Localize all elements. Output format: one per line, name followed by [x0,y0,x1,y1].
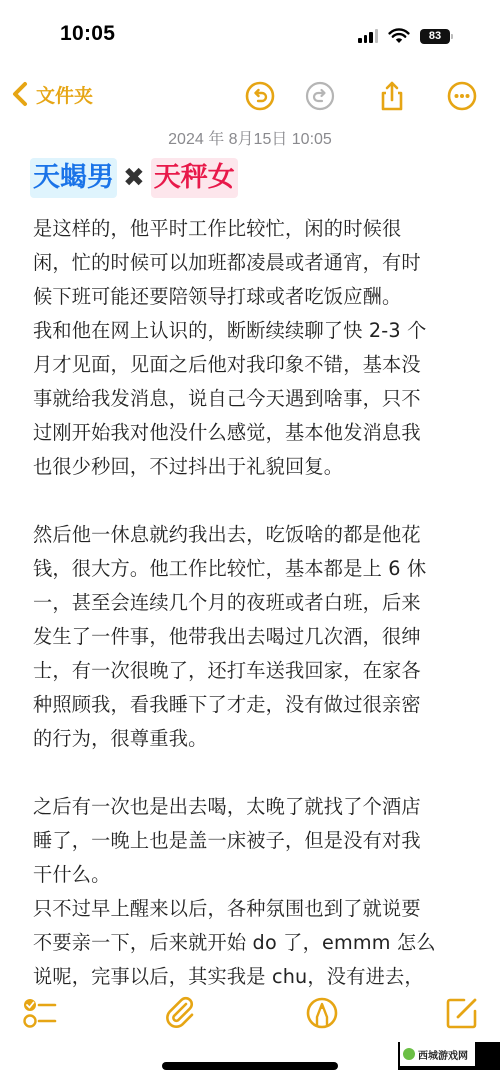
body-line: 事就给我发消息，说自己今天遇到啥事，只不 [33,382,473,416]
more-icon[interactable] [446,80,478,112]
body-line: 之后有一次也是出去喝，太晚了就找了个酒店 [33,790,473,824]
body-line: 闲，忙的时候可以加班都凌晨或者通宵，有时 [33,246,473,280]
body-line: 只不过早上醒来以后，各种氛围也到了就说要 [33,892,473,926]
blank-line [33,756,473,790]
note-title[interactable]: 天蝎男 ✖ 天秤女 [30,158,238,198]
blank-line [33,484,473,518]
body-line: 种照顾我，看我睡下了才走，没有做过很亲密 [33,688,473,722]
status-time: 10:05 [60,22,115,46]
status-bar: 10:05 83 [0,0,500,60]
wifi-icon [388,28,410,44]
body-line: 说呢，完事以后，其实我是 chu，没有进去， [33,960,473,990]
watermark: 西城游戏网 [398,1042,500,1070]
body-line: 发生了一件事，他带我出去喝过几次酒，很绅 [33,620,473,654]
body-line: 睡了，一晚上也是盖一床被子，但是没有对我 [33,824,473,858]
body-line: 过刚开始我对他没什么感觉，基本他发消息我 [33,416,473,450]
body-line: 不要亲一下，后来就开始 do 了，emmm 怎么 [33,926,473,960]
times-icon: ✖ [123,163,145,193]
note-body-viewport[interactable]: 是这样的，他平时工作比较忙，闲的时候很 闲，忙的时候可以加班都凌晨或者通宵，有时… [0,212,500,990]
battery-level: 83 [429,30,441,42]
body-line: 的行为，很尊重我。 [33,722,473,756]
title-right-chip: 天秤女 [151,158,238,198]
watermark-text: 西城游戏网 [418,1047,468,1062]
status-icons: 83 [358,26,450,46]
checklist-icon[interactable] [22,995,58,1031]
home-indicator[interactable] [162,1062,338,1070]
body-line: 士，有一次很晚了，还打车送我回家，在家各 [33,654,473,688]
signal-icon [358,29,378,43]
body-line: 我和他在网上认识的，断断续续聊了快 2-3 个 [33,314,473,348]
body-line: 也很少秒回，不过抖出于礼貌回复。 [33,450,473,484]
body-line: 然后他一休息就约我出去，吃饭啥的都是他花 [33,518,473,552]
share-icon[interactable] [376,80,408,112]
watermark-badge: 西城游戏网 [400,1042,475,1066]
nav-bar: 文件夹 [0,72,500,120]
undo-icon[interactable] [244,80,276,112]
attachment-icon[interactable] [162,995,198,1031]
note-date: 2024 年 8月15日 10:05 [0,126,500,149]
body-line: 干什么。 [33,858,473,892]
chevron-left-icon [10,80,30,108]
watermark-logo-icon [403,1048,415,1060]
battery-icon: 83 [420,29,450,44]
redo-icon[interactable] [304,80,336,112]
bottom-toolbar [0,990,500,1040]
body-line: 月才见面，见面之后他对我印象不错，基本没 [33,348,473,382]
body-line: 候下班可能还要陪领导打球或者吃饭应酬。 [33,280,473,314]
body-line: 钱，很大方。他工作比较忙，基本都是上 6 休 [33,552,473,586]
title-left-chip: 天蝎男 [30,158,117,198]
compose-icon[interactable] [444,995,480,1031]
body-line: 一，甚至会连续几个月的夜班或者白班，后来 [33,586,473,620]
markup-icon[interactable] [304,995,340,1031]
body-line: 是这样的，他平时工作比较忙，闲的时候很 [33,212,473,246]
back-label: 文件夹 [36,81,93,108]
note-body[interactable]: 是这样的，他平时工作比较忙，闲的时候很 闲，忙的时候可以加班都凌晨或者通宵，有时… [33,212,473,990]
back-button[interactable]: 文件夹 [10,80,93,108]
